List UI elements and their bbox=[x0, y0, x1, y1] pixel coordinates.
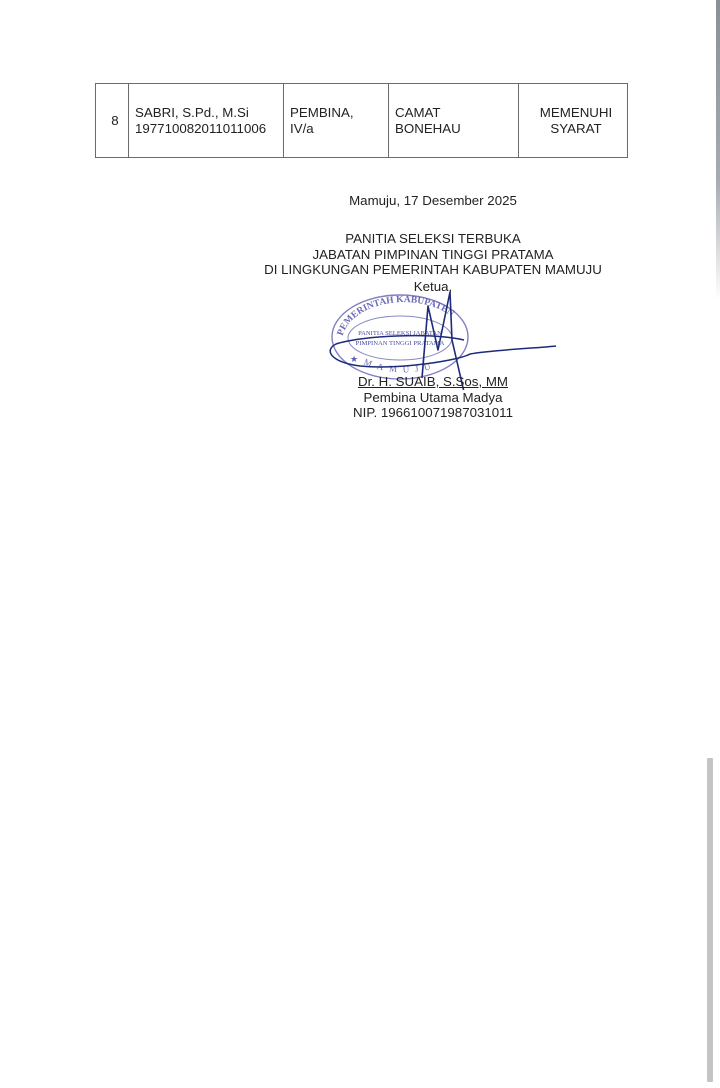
status-cell: MEMENUHI SYARAT bbox=[519, 84, 628, 158]
table-row: 8 SABRI, S.Pd., M.Si 197710082011011006 … bbox=[96, 84, 628, 158]
row-number: 8 bbox=[96, 84, 129, 158]
candidate-nip: 197710082011011006 bbox=[135, 121, 283, 137]
candidate-cell: SABRI, S.Pd., M.Si 197710082011011006 bbox=[129, 84, 284, 158]
signer-rank: Pembina Utama Madya bbox=[250, 390, 616, 406]
committee-line-3: DI LINGKUNGAN PEMERINTAH KABUPATEN MAMUJ… bbox=[250, 262, 616, 278]
status-line-1: MEMENUHI bbox=[525, 105, 627, 121]
committee-line-2: JABATAN PIMPINAN TINGGI PRATAMA bbox=[250, 247, 616, 263]
committee-line-1: PANITIA SELEKSI TERBUKA bbox=[250, 231, 616, 247]
position-line-2: BONEHAU bbox=[395, 121, 518, 137]
signer-name: Dr. H. SUAIB, S.Sos, MM bbox=[250, 374, 616, 390]
candidate-name: SABRI, S.Pd., M.Si bbox=[135, 105, 283, 121]
position-cell: CAMAT BONEHAU bbox=[389, 84, 519, 158]
vertical-scrollbar-thumb[interactable] bbox=[707, 758, 713, 1082]
signer-nip: NIP. 196610071987031011 bbox=[250, 405, 616, 421]
selection-result-table: 8 SABRI, S.Pd., M.Si 197710082011011006 … bbox=[95, 83, 628, 158]
rank-line-1: PEMBINA, bbox=[290, 105, 388, 121]
place-date: Mamuju, 17 Desember 2025 bbox=[250, 193, 616, 209]
page-edge-shadow bbox=[716, 0, 720, 300]
committee-title: PANITIA SELEKSI TERBUKA JABATAN PIMPINAN… bbox=[250, 231, 616, 278]
rank-line-2: IV/a bbox=[290, 121, 388, 137]
signer-info: Dr. H. SUAIB, S.Sos, MM Pembina Utama Ma… bbox=[250, 374, 616, 421]
rank-cell: PEMBINA, IV/a bbox=[284, 84, 389, 158]
position-line-1: CAMAT bbox=[395, 105, 518, 121]
status-line-2: SYARAT bbox=[525, 121, 627, 137]
